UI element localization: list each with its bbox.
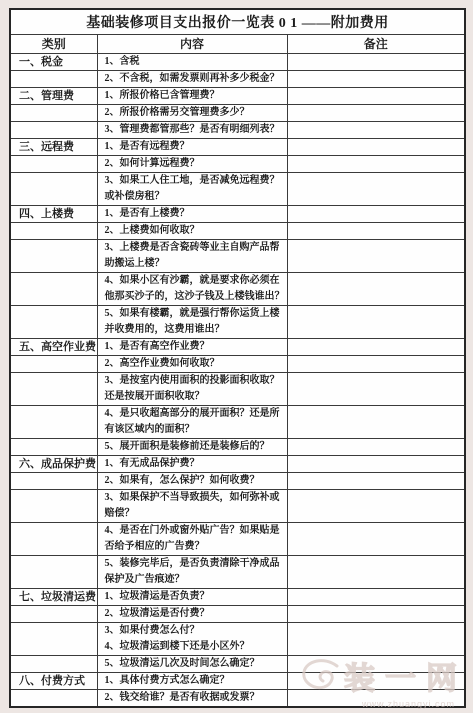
remark-cell bbox=[287, 239, 465, 272]
remark-cell bbox=[287, 172, 465, 205]
content-cell: 1、是否有高空作业费？ bbox=[97, 338, 287, 355]
remark-cell bbox=[287, 121, 465, 138]
table-row: 2、上楼费如何收取？ bbox=[10, 222, 465, 239]
category-cell bbox=[10, 104, 97, 121]
category-cell: 二、管理费 bbox=[10, 87, 97, 104]
remark-cell bbox=[287, 305, 465, 338]
category-cell: 一、税金 bbox=[10, 53, 97, 70]
category-cell bbox=[10, 70, 97, 87]
remark-cell bbox=[287, 272, 465, 305]
category-cell: 三、远程费 bbox=[10, 138, 97, 155]
category-cell bbox=[10, 489, 97, 522]
document-page: 基础装修项目支出报价一览表 0 1 ——附加费用 类别 内容 备注 一、税金1、… bbox=[0, 0, 473, 713]
table-body: 一、税金1、含税2、不含税，如需发票则再补多少税金？二、管理费1、所报价格已含管… bbox=[10, 53, 465, 707]
column-header-row: 类别 内容 备注 bbox=[10, 34, 465, 53]
content-cell: 5、垃圾清运几次及时间怎么确定？ bbox=[97, 655, 287, 672]
table-row: 3、如果保护不当导致损失，如何弥补或赔偿？ bbox=[10, 489, 465, 522]
category-cell bbox=[10, 555, 97, 588]
remark-cell bbox=[287, 405, 465, 438]
category-cell bbox=[10, 222, 97, 239]
category-cell bbox=[10, 605, 97, 622]
table-row: 3、上楼费是否含瓷砖等业主自购产品帮助搬运上楼？ bbox=[10, 239, 465, 272]
content-cell: 2、上楼费如何收取？ bbox=[97, 222, 287, 239]
category-cell bbox=[10, 305, 97, 338]
remark-cell bbox=[287, 672, 465, 689]
remark-cell bbox=[287, 689, 465, 707]
category-cell bbox=[10, 121, 97, 138]
category-cell: 五、高空作业费 bbox=[10, 338, 97, 355]
category-cell bbox=[10, 622, 97, 655]
remark-cell bbox=[287, 472, 465, 489]
content-cell: 3、如果保护不当导致损失，如何弥补或赔偿？ bbox=[97, 489, 287, 522]
remark-cell bbox=[287, 355, 465, 372]
table-row: 5、装修完毕后，是否负责清除干净成品保护及广告痕迹？ bbox=[10, 555, 465, 588]
table-row: 八、付费方式1、具体付费方式怎么确定？ bbox=[10, 672, 465, 689]
remark-cell bbox=[287, 53, 465, 70]
category-cell: 四、上楼费 bbox=[10, 205, 97, 222]
content-cell: 1、有无成品保护费？ bbox=[97, 455, 287, 472]
table-row: 4、如果小区有沙霸，就是要求你必须在他那买沙子的，这沙子钱及上楼钱谁出？ bbox=[10, 272, 465, 305]
category-cell bbox=[10, 689, 97, 707]
content-cell: 4、如果小区有沙霸，就是要求你必须在他那买沙子的，这沙子钱及上楼钱谁出？ bbox=[97, 272, 287, 305]
table-row: 5、垃圾清运几次及时间怎么确定？ bbox=[10, 655, 465, 672]
category-cell: 七、垃圾清运费 bbox=[10, 588, 97, 605]
content-cell: 4、是否在门外或窗外贴广告？如果贴是否给予相应的广告费？ bbox=[97, 522, 287, 555]
content-cell: 4、是只收超高部分的展开面积？还是所有该区域内的面积？ bbox=[97, 405, 287, 438]
content-cell: 2、垃圾清运是否付费？ bbox=[97, 605, 287, 622]
content-cell: 1、垃圾清运是否负责？ bbox=[97, 588, 287, 605]
remark-cell bbox=[287, 489, 465, 522]
table-row: 五、高空作业费1、是否有高空作业费？ bbox=[10, 338, 465, 355]
table-row: 七、垃圾清运费1、垃圾清运是否负责？ bbox=[10, 588, 465, 605]
remark-cell bbox=[287, 104, 465, 121]
category-cell bbox=[10, 355, 97, 372]
content-cell: 2、如果有，怎么保护？如何收费？ bbox=[97, 472, 287, 489]
remark-cell bbox=[287, 70, 465, 87]
table-row: 2、如果有，怎么保护？如何收费？ bbox=[10, 472, 465, 489]
content-cell: 2、不含税，如需发票则再补多少税金？ bbox=[97, 70, 287, 87]
remark-cell bbox=[287, 455, 465, 472]
table-row: 3、管理费都管那些？是否有明细列表？ bbox=[10, 121, 465, 138]
remark-cell bbox=[287, 438, 465, 455]
column-header-content: 内容 bbox=[97, 34, 287, 53]
category-cell bbox=[10, 405, 97, 438]
content-cell: 1、是否有上楼费？ bbox=[97, 205, 287, 222]
table-row: 5、如果有楼霸，就是强行帮你运货上楼并收费用的，这费用谁出？ bbox=[10, 305, 465, 338]
remark-cell bbox=[287, 522, 465, 555]
category-cell bbox=[10, 172, 97, 205]
table-row: 2、如何计算远程费？ bbox=[10, 155, 465, 172]
table-row: 3、如果工人住工地，是否减免远程费？或补偿房租？ bbox=[10, 172, 465, 205]
content-cell: 3、如果付费怎么付？ 4、垃圾清运到楼下还是小区外？ bbox=[97, 622, 287, 655]
remark-cell bbox=[287, 622, 465, 655]
table-row: 2、垃圾清运是否付费？ bbox=[10, 605, 465, 622]
content-cell: 5、装修完毕后，是否负责清除干净成品保护及广告痕迹？ bbox=[97, 555, 287, 588]
remark-cell bbox=[287, 655, 465, 672]
remark-cell bbox=[287, 222, 465, 239]
table-row: 4、是只收超高部分的展开面积？还是所有该区域内的面积？ bbox=[10, 405, 465, 438]
category-cell bbox=[10, 472, 97, 489]
table-row: 3、是按室内使用面积的投影面积收取？还是按展开面积收取？ bbox=[10, 372, 465, 405]
remark-cell bbox=[287, 87, 465, 104]
table-row: 2、不含税，如需发票则再补多少税金？ bbox=[10, 70, 465, 87]
remark-cell bbox=[287, 588, 465, 605]
category-cell bbox=[10, 438, 97, 455]
content-cell: 3、是按室内使用面积的投影面积收取？还是按展开面积收取？ bbox=[97, 372, 287, 405]
content-cell: 1、所报价格已含管理费？ bbox=[97, 87, 287, 104]
content-cell: 1、含税 bbox=[97, 53, 287, 70]
table-row: 二、管理费1、所报价格已含管理费？ bbox=[10, 87, 465, 104]
table-row: 2、钱交给谁？是否有收据或发票？ bbox=[10, 689, 465, 707]
table-row: 4、是否在门外或窗外贴广告？如果贴是否给予相应的广告费？ bbox=[10, 522, 465, 555]
remark-cell bbox=[287, 155, 465, 172]
category-cell: 八、付费方式 bbox=[10, 672, 97, 689]
content-cell: 2、如何计算远程费？ bbox=[97, 155, 287, 172]
quotation-table: 基础装修项目支出报价一览表 0 1 ——附加费用 类别 内容 备注 一、税金1、… bbox=[9, 8, 466, 708]
remark-cell bbox=[287, 338, 465, 355]
remark-cell bbox=[287, 605, 465, 622]
title-row: 基础装修项目支出报价一览表 0 1 ——附加费用 bbox=[10, 9, 465, 34]
content-cell: 1、是否有远程费？ bbox=[97, 138, 287, 155]
content-cell: 3、管理费都管那些？是否有明细列表？ bbox=[97, 121, 287, 138]
table-row: 六、成品保护费1、有无成品保护费？ bbox=[10, 455, 465, 472]
category-cell bbox=[10, 372, 97, 405]
category-cell bbox=[10, 272, 97, 305]
content-cell: 2、所报价格需另交管理费多少？ bbox=[97, 104, 287, 121]
table-row: 一、税金1、含税 bbox=[10, 53, 465, 70]
category-cell: 六、成品保护费 bbox=[10, 455, 97, 472]
category-cell bbox=[10, 655, 97, 672]
category-cell bbox=[10, 522, 97, 555]
column-header-category: 类别 bbox=[10, 34, 97, 53]
category-cell bbox=[10, 239, 97, 272]
content-cell: 2、钱交给谁？是否有收据或发票？ bbox=[97, 689, 287, 707]
content-cell: 3、如果工人住工地，是否减免远程费？或补偿房租？ bbox=[97, 172, 287, 205]
remark-cell bbox=[287, 372, 465, 405]
content-cell: 2、高空作业费如何收取？ bbox=[97, 355, 287, 372]
table-title: 基础装修项目支出报价一览表 0 1 ——附加费用 bbox=[10, 9, 465, 34]
remark-cell bbox=[287, 138, 465, 155]
remark-cell bbox=[287, 555, 465, 588]
content-cell: 3、上楼费是否含瓷砖等业主自购产品帮助搬运上楼？ bbox=[97, 239, 287, 272]
table-row: 3、如果付费怎么付？ 4、垃圾清运到楼下还是小区外？ bbox=[10, 622, 465, 655]
category-cell bbox=[10, 155, 97, 172]
content-cell: 5、展开面积是装修前还是装修后的？ bbox=[97, 438, 287, 455]
table-row: 2、高空作业费如何收取？ bbox=[10, 355, 465, 372]
table-row: 四、上楼费1、是否有上楼费？ bbox=[10, 205, 465, 222]
content-cell: 5、如果有楼霸，就是强行帮你运货上楼并收费用的，这费用谁出？ bbox=[97, 305, 287, 338]
content-cell: 1、具体付费方式怎么确定？ bbox=[97, 672, 287, 689]
table-row: 2、所报价格需另交管理费多少？ bbox=[10, 104, 465, 121]
table-row: 三、远程费1、是否有远程费？ bbox=[10, 138, 465, 155]
column-header-remark: 备注 bbox=[287, 34, 465, 53]
remark-cell bbox=[287, 205, 465, 222]
table-row: 5、展开面积是装修前还是装修后的？ bbox=[10, 438, 465, 455]
